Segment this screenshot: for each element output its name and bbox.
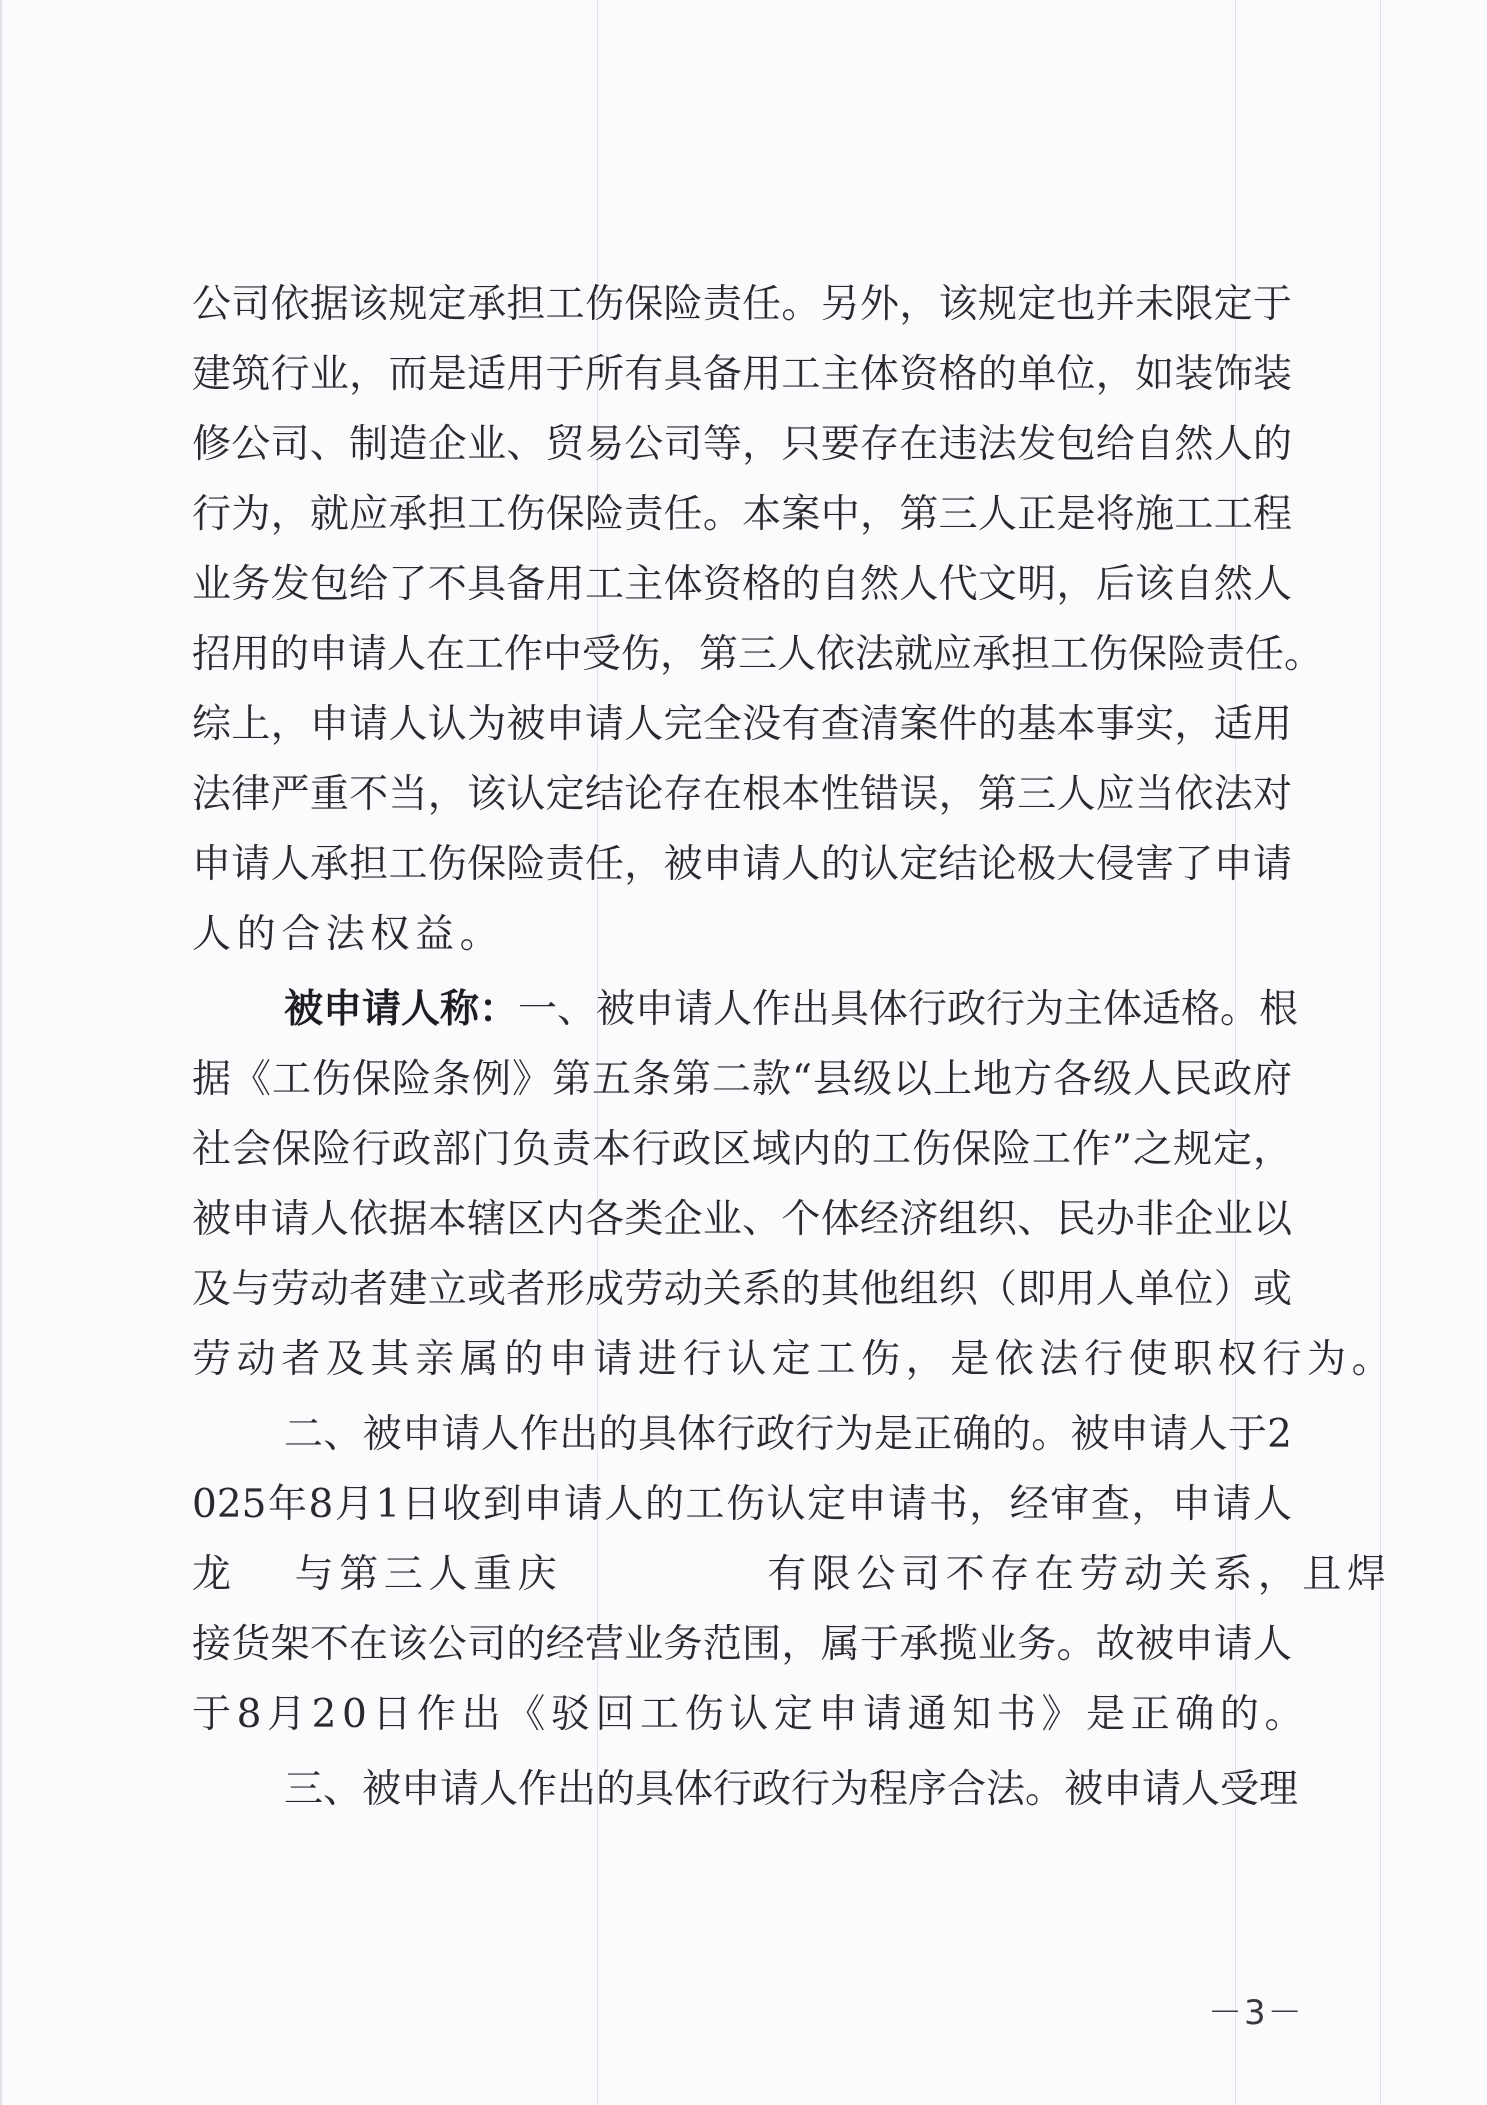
text-line: 建筑行业，而是适用于所有具备用工主体资格的单位，如装饰装	[192, 340, 1292, 410]
text-span: 一、被申请人作出具体行政行为主体适格。根	[518, 987, 1298, 1032]
text-span: 与第三人重庆	[295, 1552, 563, 1597]
text-line: 三、被申请人作出的具体行政行为程序合法。被申请人受理	[192, 1755, 1292, 1825]
text-line: 及与劳动者建立或者形成劳动关系的其他组织（即用人单位）或	[192, 1255, 1292, 1325]
text-line: 业务发包给了不具备用工主体资格的自然人代文明，后该自然人	[192, 550, 1292, 620]
text-line: 社会保险行政部门负责本行政区域内的工伤保险工作”之规定，	[192, 1115, 1292, 1185]
text-line: 修公司、制造企业、贸易公司等，只要存在违法发包给自然人的	[192, 410, 1292, 480]
text-span: 有限公司不存在劳动关系，且焊	[767, 1552, 1391, 1597]
text-line: 接货架不在该公司的经营业务范围，属于承揽业务。故被申请人	[192, 1610, 1292, 1680]
text-line: 劳动者及其亲属的申请进行认定工伤，是依法行使职权行为。	[192, 1325, 1396, 1395]
applicant-surname: 龙	[192, 1552, 237, 1597]
respondent-paragraph-first-line: 被申请人称：一、被申请人作出具体行政行为主体适格。根	[192, 975, 1292, 1045]
text-line: 公司依据该规定承担工伤保险责任。另外，该规定也并未限定于	[192, 270, 1292, 340]
text-line: 据《工伤保险条例》第五条第二款“县级以上地方各级人民政府	[192, 1045, 1292, 1115]
text-line: 被申请人依据本辖区内各类企业、个体经济组织、民办非企业以	[192, 1185, 1292, 1255]
text-line: 招用的申请人在工作中受伤，第三人依法就应承担工伤保险责任。	[192, 620, 1292, 690]
text-line: 法律严重不当，该认定结论存在根本性错误，第三人应当依法对	[192, 760, 1292, 830]
text-line: 申请人承担工伤保险责任，被申请人的认定结论极大侵害了申请	[192, 830, 1292, 900]
page-number: －3－	[1208, 1985, 1304, 2034]
text-line-with-redactions: 龙与第三人重庆有限公司不存在劳动关系，且焊	[192, 1540, 1292, 1610]
respondent-heading: 被申请人称：	[284, 987, 518, 1032]
scan-edge	[0, 0, 3, 2105]
text-line: 人的合法权益。	[192, 900, 504, 970]
text-line: 于8月20日作出《驳回工伤认定申请通知书》是正确的。	[192, 1680, 1309, 1750]
scan-crease-line	[1380, 0, 1381, 2105]
text-line: 二、被申请人作出的具体行政行为是正确的。被申请人于2	[192, 1400, 1292, 1470]
text-line: 025年8月1日收到申请人的工伤认定申请书，经审查，申请人	[192, 1470, 1292, 1540]
text-line: 行为，就应承担工伤保险责任。本案中，第三人正是将施工工程	[192, 480, 1292, 550]
text-line: 综上，申请人认为被申请人完全没有查清案件的基本事实，适用	[192, 690, 1292, 760]
